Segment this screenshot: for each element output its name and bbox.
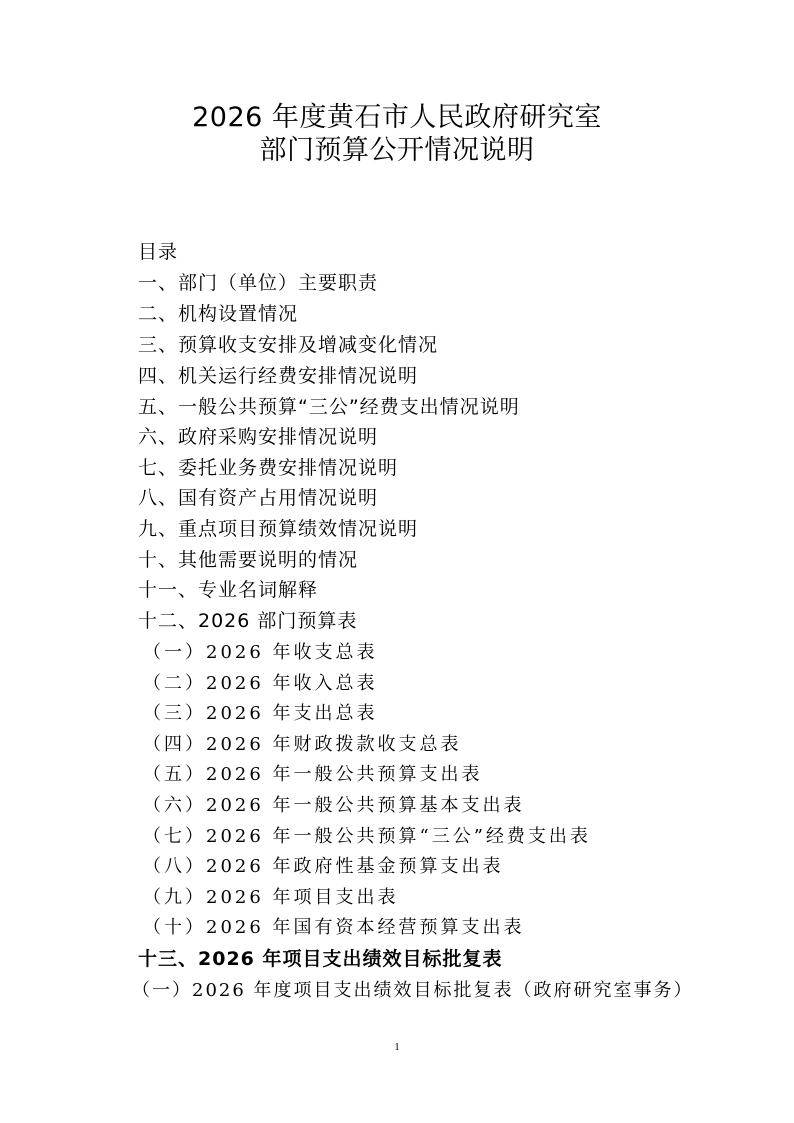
toc-item-section-10[interactable]: 十、其他需要说明的情况 <box>138 548 358 572</box>
toc-item-section-1[interactable]: 一、部门（单位）主要职责 <box>138 271 378 295</box>
toc-subitem-12-2[interactable]: （二）2026 年收入总表 <box>143 672 378 696</box>
page-number: 1 <box>0 1041 794 1053</box>
toc-subitem-12-7[interactable]: （七）2026 年一般公共预算“三公”经费支出表 <box>143 825 591 849</box>
toc-subitem-12-5[interactable]: （五）2026 年一般公共预算支出表 <box>143 763 483 787</box>
toc-item-section-7[interactable]: 七、委托业务费安排情况说明 <box>138 456 398 480</box>
toc-subitem-12-8[interactable]: （八）2026 年政府性基金预算支出表 <box>143 855 504 879</box>
toc-item-section-5[interactable]: 五、一般公共预算“三公”经费支出情况说明 <box>138 395 520 419</box>
toc-subitem-12-3[interactable]: （三）2026 年支出总表 <box>143 702 378 726</box>
toc-item-section-9[interactable]: 九、重点项目预算绩效情况说明 <box>138 517 418 541</box>
toc-subitem-12-1[interactable]: （一）2026 年收支总表 <box>143 641 378 665</box>
document-title-line-2: 部门预算公开情况说明 <box>0 135 794 167</box>
toc-item-section-11[interactable]: 十一、专业名词解释 <box>138 578 318 602</box>
toc-item-section-6[interactable]: 六、政府采购安排情况说明 <box>138 425 378 449</box>
toc-heading: 目录 <box>138 240 178 264</box>
toc-item-section-3[interactable]: 三、预算收支安排及增减变化情况 <box>138 333 438 357</box>
toc-item-section-8[interactable]: 八、国有资产占用情况说明 <box>138 486 378 510</box>
toc-subitem-13-1[interactable]: （一）2026 年度项目支出绩效目标批复表（政府研究室事务） <box>132 979 694 1003</box>
toc-subitem-12-9[interactable]: （九）2026 年项目支出表 <box>143 886 399 910</box>
toc-item-section-4[interactable]: 四、机关运行经费安排情况说明 <box>138 364 418 388</box>
toc-subitem-12-6[interactable]: （六）2026 年一般公共预算基本支出表 <box>143 794 525 818</box>
toc-subitem-12-10[interactable]: （十）2026 年国有资本经营预算支出表 <box>143 916 525 940</box>
toc-subitem-12-4[interactable]: （四）2026 年财政拨款收支总表 <box>143 733 462 757</box>
toc-item-section-2[interactable]: 二、机构设置情况 <box>138 302 298 326</box>
toc-item-section-12[interactable]: 十二、2026 部门预算表 <box>138 609 357 633</box>
document-title-line-1: 2026 年度黄石市人民政府研究室 <box>0 102 794 134</box>
toc-item-section-13[interactable]: 十三、2026 年项目支出绩效目标批复表 <box>138 947 503 971</box>
